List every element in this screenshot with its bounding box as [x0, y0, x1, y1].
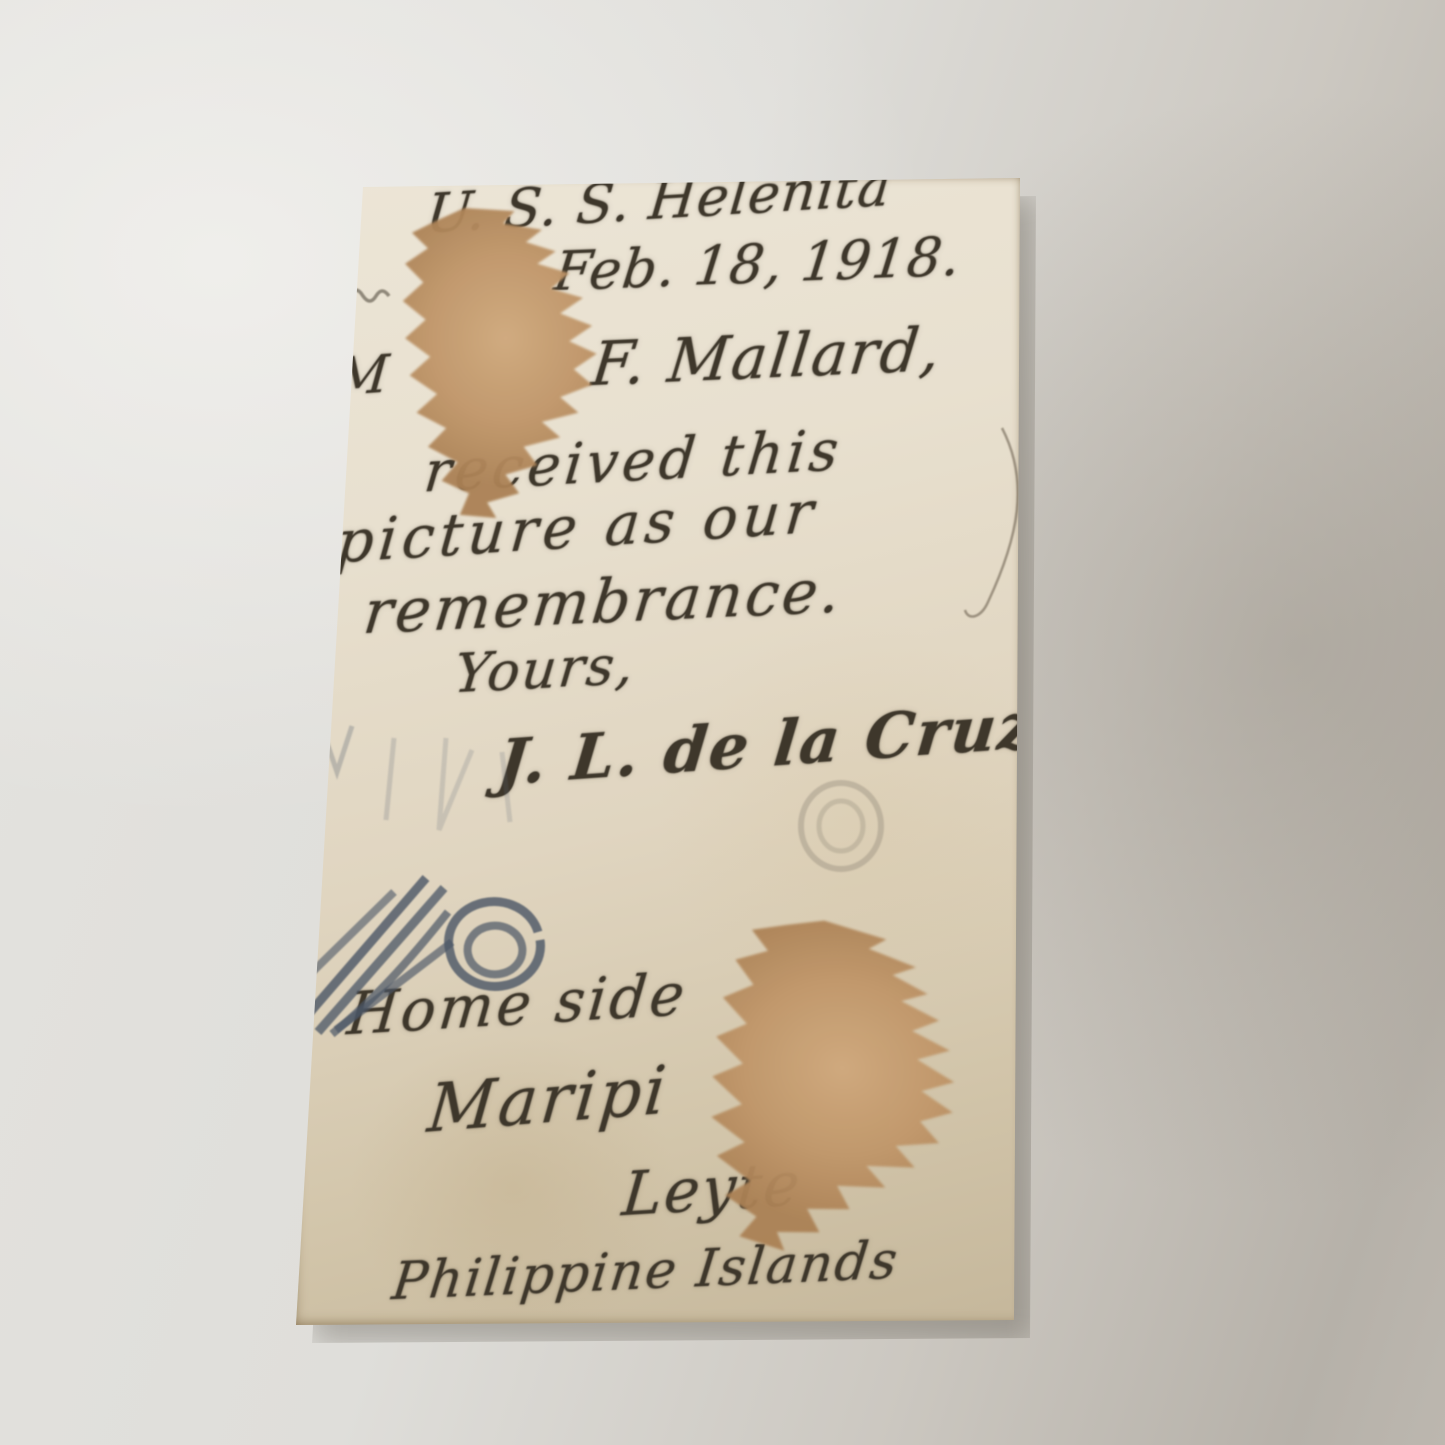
faint-pencil-stroke [502, 752, 510, 822]
tape-residue-shape [396, 208, 624, 518]
faint-pencil-v [324, 726, 352, 772]
pencil-spiral-inner [468, 926, 523, 975]
photo-of-handwritten-card: U. S. S. Helenita Feb. 18, 1918. M F. Ma… [0, 0, 1445, 1445]
ghost-circle-inner [819, 801, 863, 851]
ghost-circle-mark [801, 783, 881, 869]
faint-pencil-stroke [439, 738, 472, 830]
note-card-back: U. S. S. Helenita Feb. 18, 1918. M F. Ma… [296, 178, 1020, 1326]
ink-tick-mark [326, 353, 342, 373]
faint-pencil-stroke [386, 738, 394, 820]
stray-ink-hairline [965, 428, 1018, 617]
tape-residue-stain-top [396, 208, 624, 518]
faint-ink-squiggle [348, 290, 389, 301]
